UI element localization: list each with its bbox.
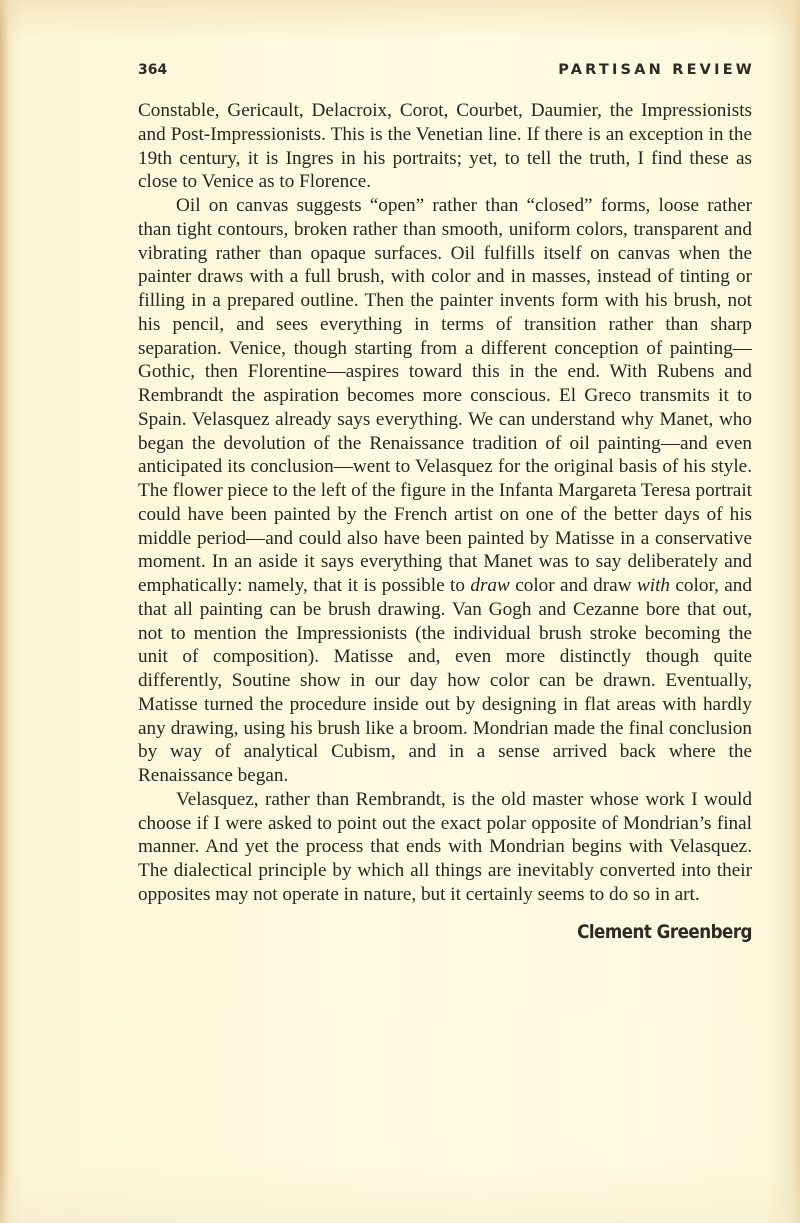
article-body: Constable, Gericault, Delacroix, Corot, …	[138, 99, 752, 907]
running-head: 364 PARTISAN REVIEW	[138, 62, 752, 92]
book-page: 364 PARTISAN REVIEW Constable, Gericault…	[138, 62, 752, 943]
paragraph-2: Oil on canvas suggests “open” rather tha…	[138, 194, 752, 788]
italic-emphasis: with	[637, 575, 670, 596]
text-run: Constable, Gericault, Delacroix, Corot, …	[138, 100, 752, 192]
paragraph-1: Constable, Gericault, Delacroix, Corot, …	[138, 99, 752, 194]
text-run: Oil on canvas suggests “open” rather tha…	[138, 195, 752, 596]
italic-emphasis: draw	[470, 575, 509, 596]
page-number: 364	[138, 62, 167, 78]
journal-title: PARTISAN REVIEW	[558, 62, 755, 78]
author-signature: Clement Greenberg	[212, 921, 752, 943]
text-run: Velasquez, rather than Rembrandt, is the…	[138, 789, 752, 905]
page-bottom-shading	[0, 1163, 800, 1223]
page-top-shading	[0, 0, 800, 40]
text-run: color and draw	[510, 575, 637, 596]
text-run: color, and that all paint­ing can be bru…	[138, 575, 752, 786]
paragraph-3: Velasquez, rather than Rembrandt, is the…	[138, 788, 752, 907]
